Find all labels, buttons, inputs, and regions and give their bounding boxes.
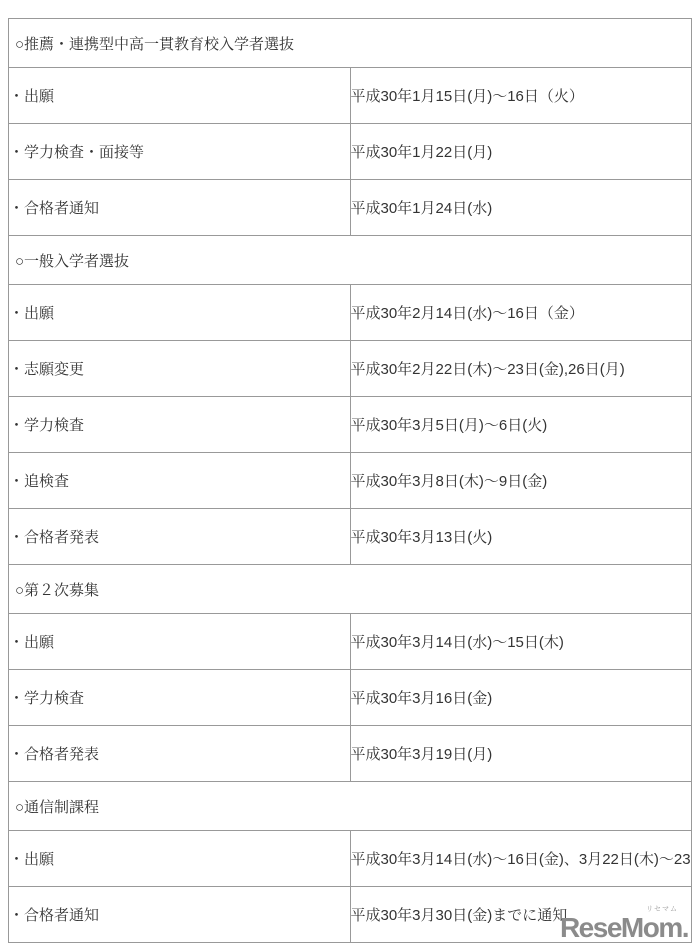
row-label: ・学力検査: [9, 397, 351, 453]
row-label: ・合格者発表: [9, 509, 351, 565]
row-label: ・合格者発表: [9, 726, 351, 782]
table-row: ・出願 平成30年1月15日(月)～16日（火）: [9, 68, 692, 124]
table-row: ・出願 平成30年2月14日(水)～16日（金）: [9, 285, 692, 341]
row-value: 平成30年1月15日(月)～16日（火）: [350, 68, 692, 124]
row-value: 平成30年2月22日(木)～23日(金),26日(月): [350, 341, 692, 397]
row-label: ・学力検査: [9, 670, 351, 726]
table-row: ・学力検査 平成30年3月16日(金): [9, 670, 692, 726]
section-header-row: ○通信制課程: [9, 782, 692, 831]
resemom-logo-text: ReseMom.: [560, 914, 688, 942]
section-title: ○第２次募集: [9, 565, 692, 614]
row-label: ・合格者通知: [9, 180, 351, 236]
section-title: ○一般入学者選抜: [9, 236, 692, 285]
row-value: 平成30年1月22日(月): [350, 124, 692, 180]
row-value: 平成30年3月14日(水)～16日(金)、3月22日(木)～23日(金): [350, 831, 692, 887]
row-value: 平成30年3月8日(木)～9日(金): [350, 453, 692, 509]
row-label: ・学力検査・面接等: [9, 124, 351, 180]
row-label: ・出願: [9, 831, 351, 887]
table-row: ・合格者通知 平成30年1月24日(水): [9, 180, 692, 236]
admission-schedule-table: ○推薦・連携型中高一貫教育校入学者選抜 ・出願 平成30年1月15日(月)～16…: [8, 18, 692, 943]
row-label: ・出願: [9, 68, 351, 124]
section-title: ○推薦・連携型中高一貫教育校入学者選抜: [9, 19, 692, 68]
resemom-logo: リセマム ReseMom.: [560, 906, 688, 942]
row-label: ・志願変更: [9, 341, 351, 397]
table-row: ・学力検査・面接等 平成30年1月22日(月): [9, 124, 692, 180]
section-header-row: ○推薦・連携型中高一貫教育校入学者選抜: [9, 19, 692, 68]
page: ○推薦・連携型中高一貫教育校入学者選抜 ・出願 平成30年1月15日(月)～16…: [0, 0, 698, 950]
section-header-row: ○第２次募集: [9, 565, 692, 614]
section-header-row: ○一般入学者選抜: [9, 236, 692, 285]
row-label: ・合格者通知: [9, 887, 351, 943]
table-row: ・合格者発表 平成30年3月19日(月): [9, 726, 692, 782]
table-row: ・出願 平成30年3月14日(水)～16日(金)、3月22日(木)～23日(金): [9, 831, 692, 887]
table-row: ・志願変更 平成30年2月22日(木)～23日(金),26日(月): [9, 341, 692, 397]
row-value: 平成30年3月13日(火): [350, 509, 692, 565]
table-row: ・追検査 平成30年3月8日(木)～9日(金): [9, 453, 692, 509]
table-row: ・出願 平成30年3月14日(水)～15日(木): [9, 614, 692, 670]
row-value: 平成30年3月14日(水)～15日(木): [350, 614, 692, 670]
table-row: ・学力検査 平成30年3月5日(月)～6日(火): [9, 397, 692, 453]
row-value: 平成30年2月14日(水)～16日（金）: [350, 285, 692, 341]
section-title: ○通信制課程: [9, 782, 692, 831]
row-label: ・追検査: [9, 453, 351, 509]
row-value: 平成30年3月19日(月): [350, 726, 692, 782]
row-label: ・出願: [9, 614, 351, 670]
row-label: ・出願: [9, 285, 351, 341]
row-value: 平成30年3月5日(月)～6日(火): [350, 397, 692, 453]
row-value: 平成30年1月24日(水): [350, 180, 692, 236]
table-row: ・合格者発表 平成30年3月13日(火): [9, 509, 692, 565]
row-value: 平成30年3月16日(金): [350, 670, 692, 726]
